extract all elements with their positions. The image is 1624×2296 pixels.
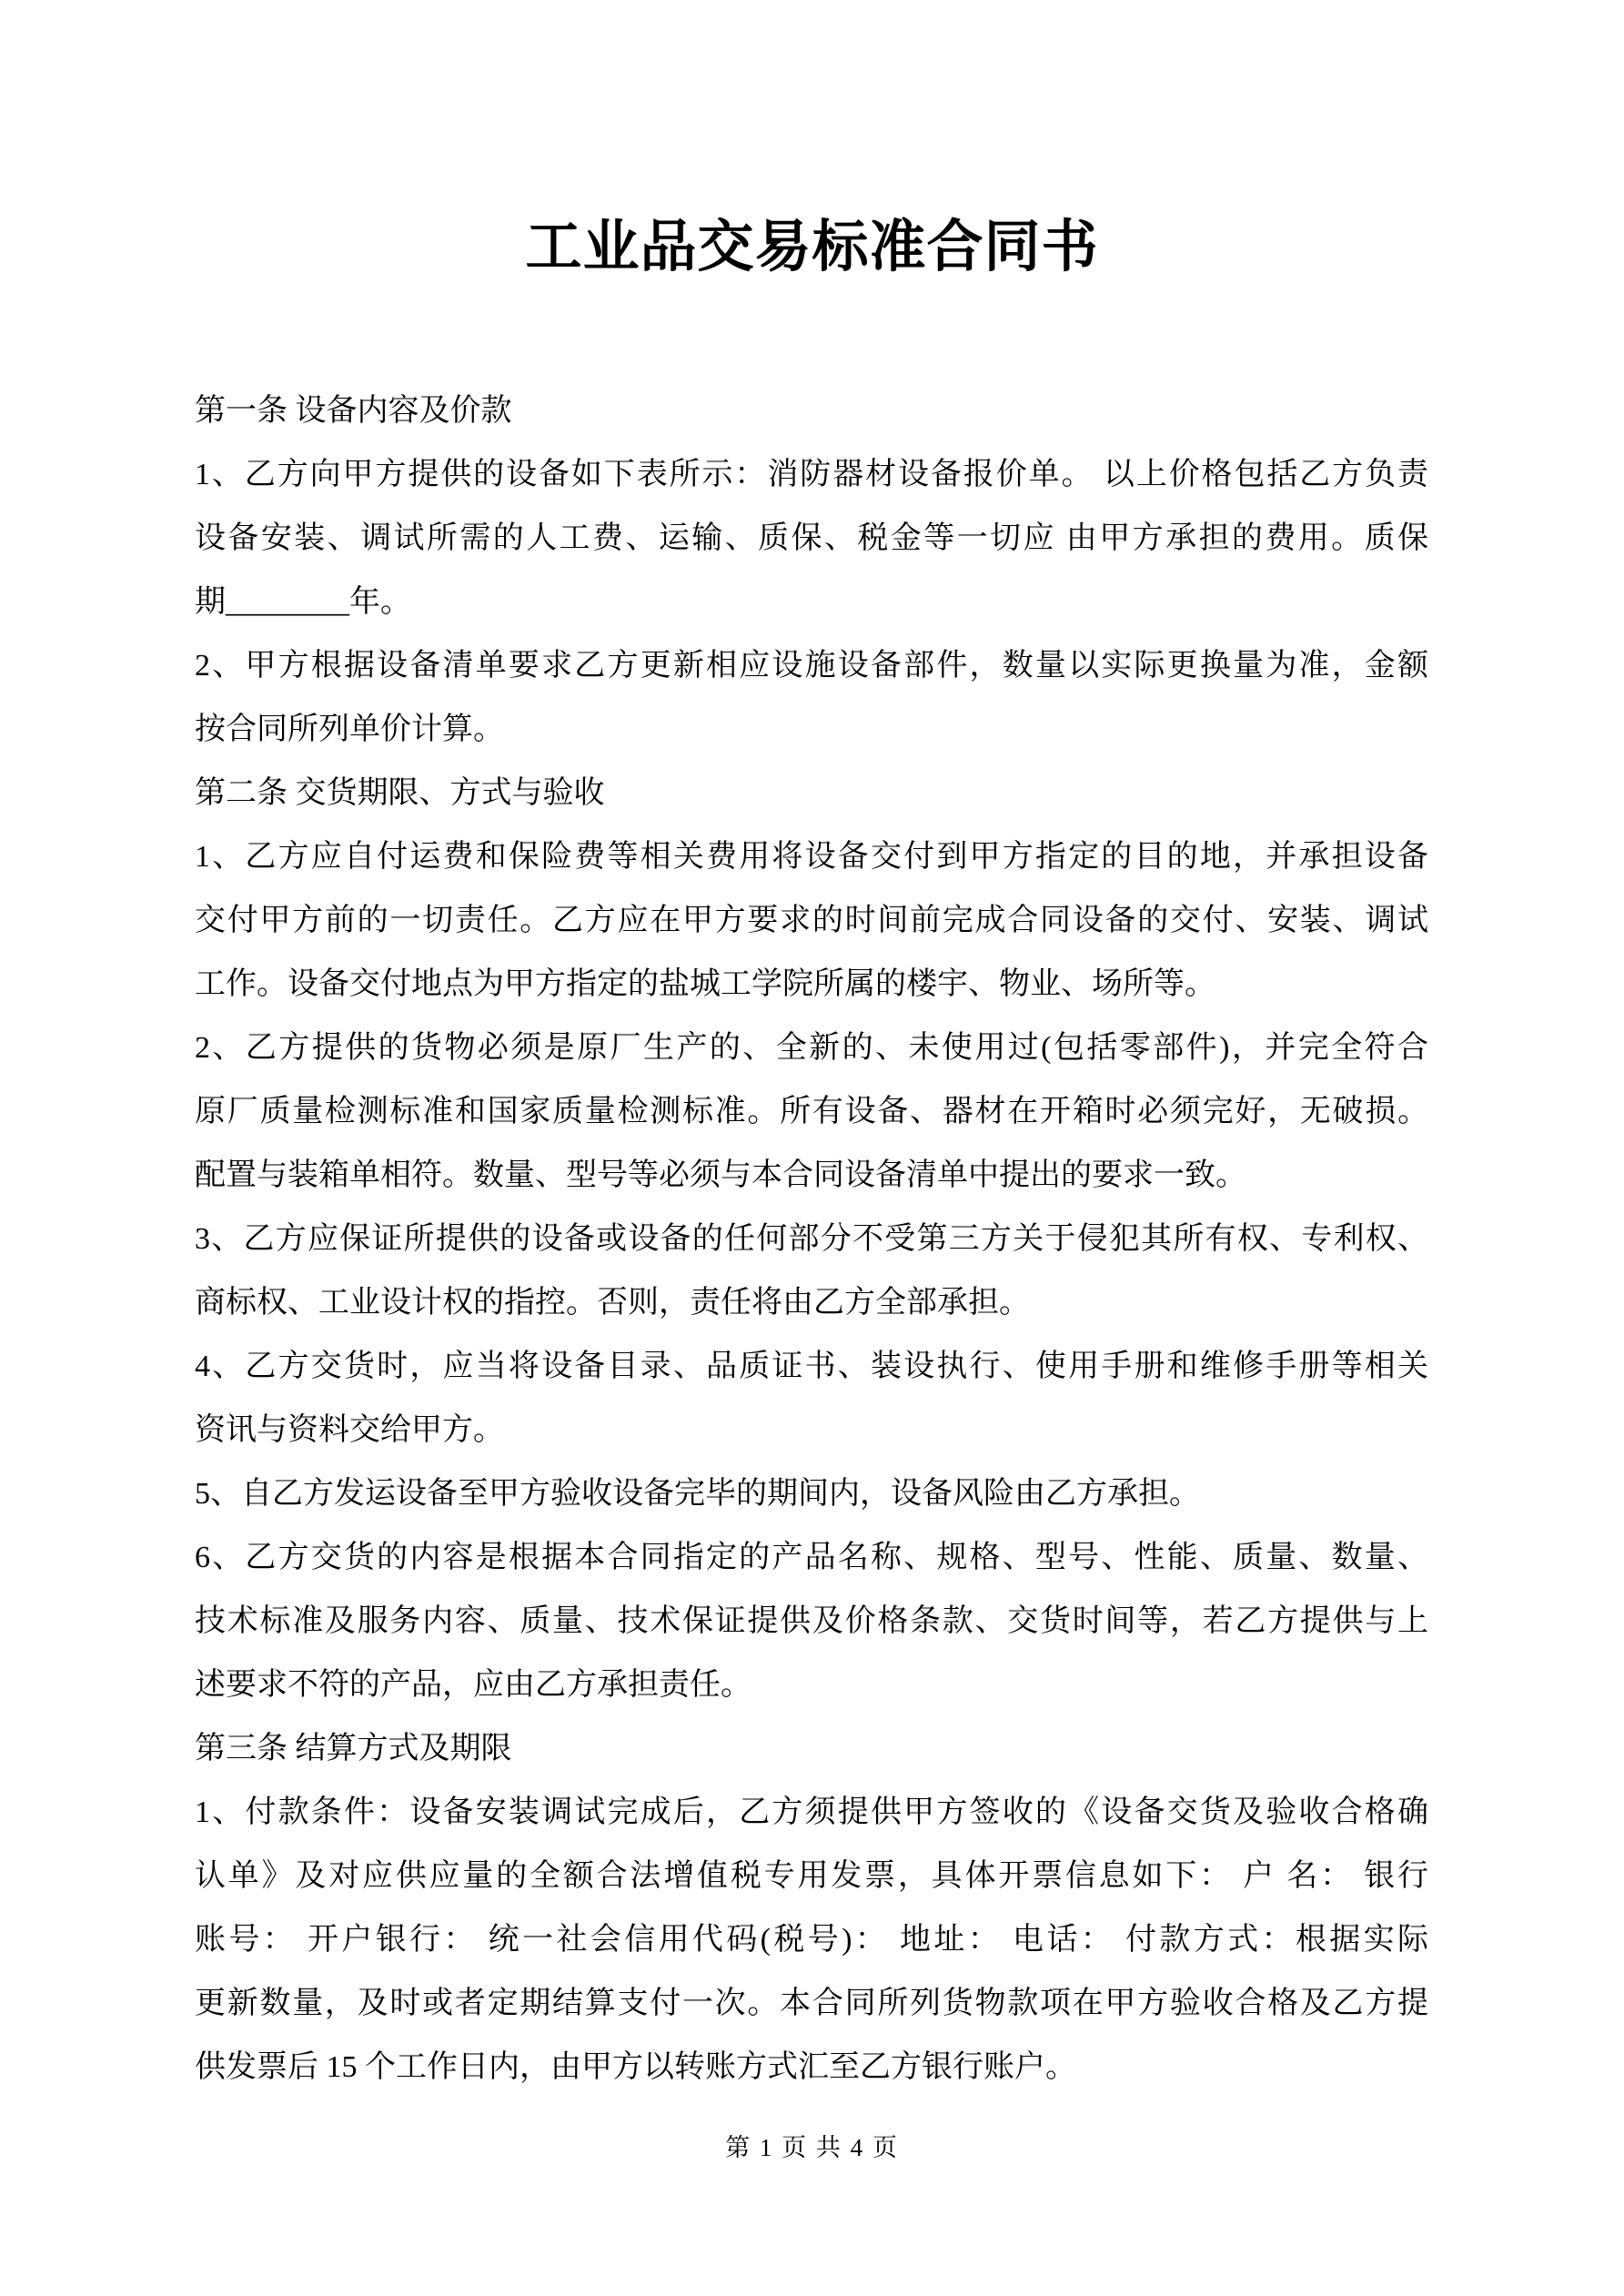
document-line: 期________年。 <box>195 571 1428 634</box>
section-heading: 第三条 结算方式及期限 <box>195 1717 1428 1781</box>
document-line: 供发票后 15 个工作日内，由甲方以转账方式汇至乙方银行账户。 <box>195 2036 1428 2099</box>
document-line: 账号： 开户银行： 统一社会信用代码(税号)： 地址： 电话： 付款方式：根据实… <box>195 1908 1428 1972</box>
document-line: 按合同所列单价计算。 <box>195 698 1428 762</box>
document-line: 更新数量，及时或者定期结算支付一次。本合同所列货物款项在甲方验收合格及乙方提 <box>195 1972 1428 2036</box>
page-title: 工业品交易标准合同书 <box>0 202 1624 293</box>
document-line: 1、乙方应自付运费和保险费等相关费用将设备交付到甲方指定的目的地，并承担设备 <box>195 825 1428 889</box>
document-line: 5、自乙方发运设备至甲方验收设备完毕的期间内，设备风险由乙方承担。 <box>195 1462 1428 1526</box>
page-footer: 第 1 页 共 4 页 <box>0 2120 1624 2175</box>
document-body: 第一条 设备内容及价款1、乙方向甲方提供的设备如下表所示：消防器材设备报价单。 … <box>195 379 1428 2099</box>
document-line: 工作。设备交付地点为甲方指定的盐城工学院所属的楼宇、物业、场所等。 <box>195 953 1428 1017</box>
document-line: 2、乙方提供的货物必须是原厂生产的、全新的、未使用过(包括零部件)，并完全符合 <box>195 1017 1428 1080</box>
document-line: 6、乙方交货的内容是根据本合同指定的产品名称、规格、型号、性能、质量、数量、 <box>195 1526 1428 1590</box>
document-line: 认单》及对应供应量的全额合法增值税专用发票，具体开票信息如下： 户 名： 银行 <box>195 1845 1428 1908</box>
document-line: 2、甲方根据设备清单要求乙方更新相应设施设备部件，数量以实际更换量为准，金额 <box>195 634 1428 698</box>
document-line: 1、付款条件：设备安装调试完成后，乙方须提供甲方签收的《设备交货及验收合格确 <box>195 1781 1428 1845</box>
section-heading: 第一条 设备内容及价款 <box>195 379 1428 443</box>
document-line: 配置与装箱单相符。数量、型号等必须与本合同设备清单中提出的要求一致。 <box>195 1144 1428 1208</box>
document-line: 原厂质量检测标准和国家质量检测标准。所有设备、器材在开箱时必须完好，无破损。 <box>195 1080 1428 1144</box>
document-line: 1、乙方向甲方提供的设备如下表所示：消防器材设备报价单。 以上价格包括乙方负责 <box>195 443 1428 507</box>
document-line: 3、乙方应保证所提供的设备或设备的任何部分不受第三方关于侵犯其所有权、专利权、 <box>195 1208 1428 1271</box>
section-heading: 第二条 交货期限、方式与验收 <box>195 762 1428 825</box>
document-line: 交付甲方前的一切责任。乙方应在甲方要求的时间前完成合同设备的交付、安装、调试 <box>195 889 1428 953</box>
contract-page: 工业品交易标准合同书 第一条 设备内容及价款1、乙方向甲方提供的设备如下表所示：… <box>0 0 1624 2296</box>
document-line: 商标权、工业设计权的指控。否则，责任将由乙方全部承担。 <box>195 1271 1428 1335</box>
document-line: 设备安装、调试所需的人工费、运输、质保、税金等一切应 由甲方承担的费用。质保 <box>195 507 1428 571</box>
document-line: 述要求不符的产品，应由乙方承担责任。 <box>195 1654 1428 1717</box>
document-line: 4、乙方交货时，应当将设备目录、品质证书、装设执行、使用手册和维修手册等相关 <box>195 1335 1428 1399</box>
document-line: 技术标准及服务内容、质量、技术保证提供及价格条款、交货时间等，若乙方提供与上 <box>195 1590 1428 1654</box>
document-line: 资讯与资料交给甲方。 <box>195 1399 1428 1462</box>
